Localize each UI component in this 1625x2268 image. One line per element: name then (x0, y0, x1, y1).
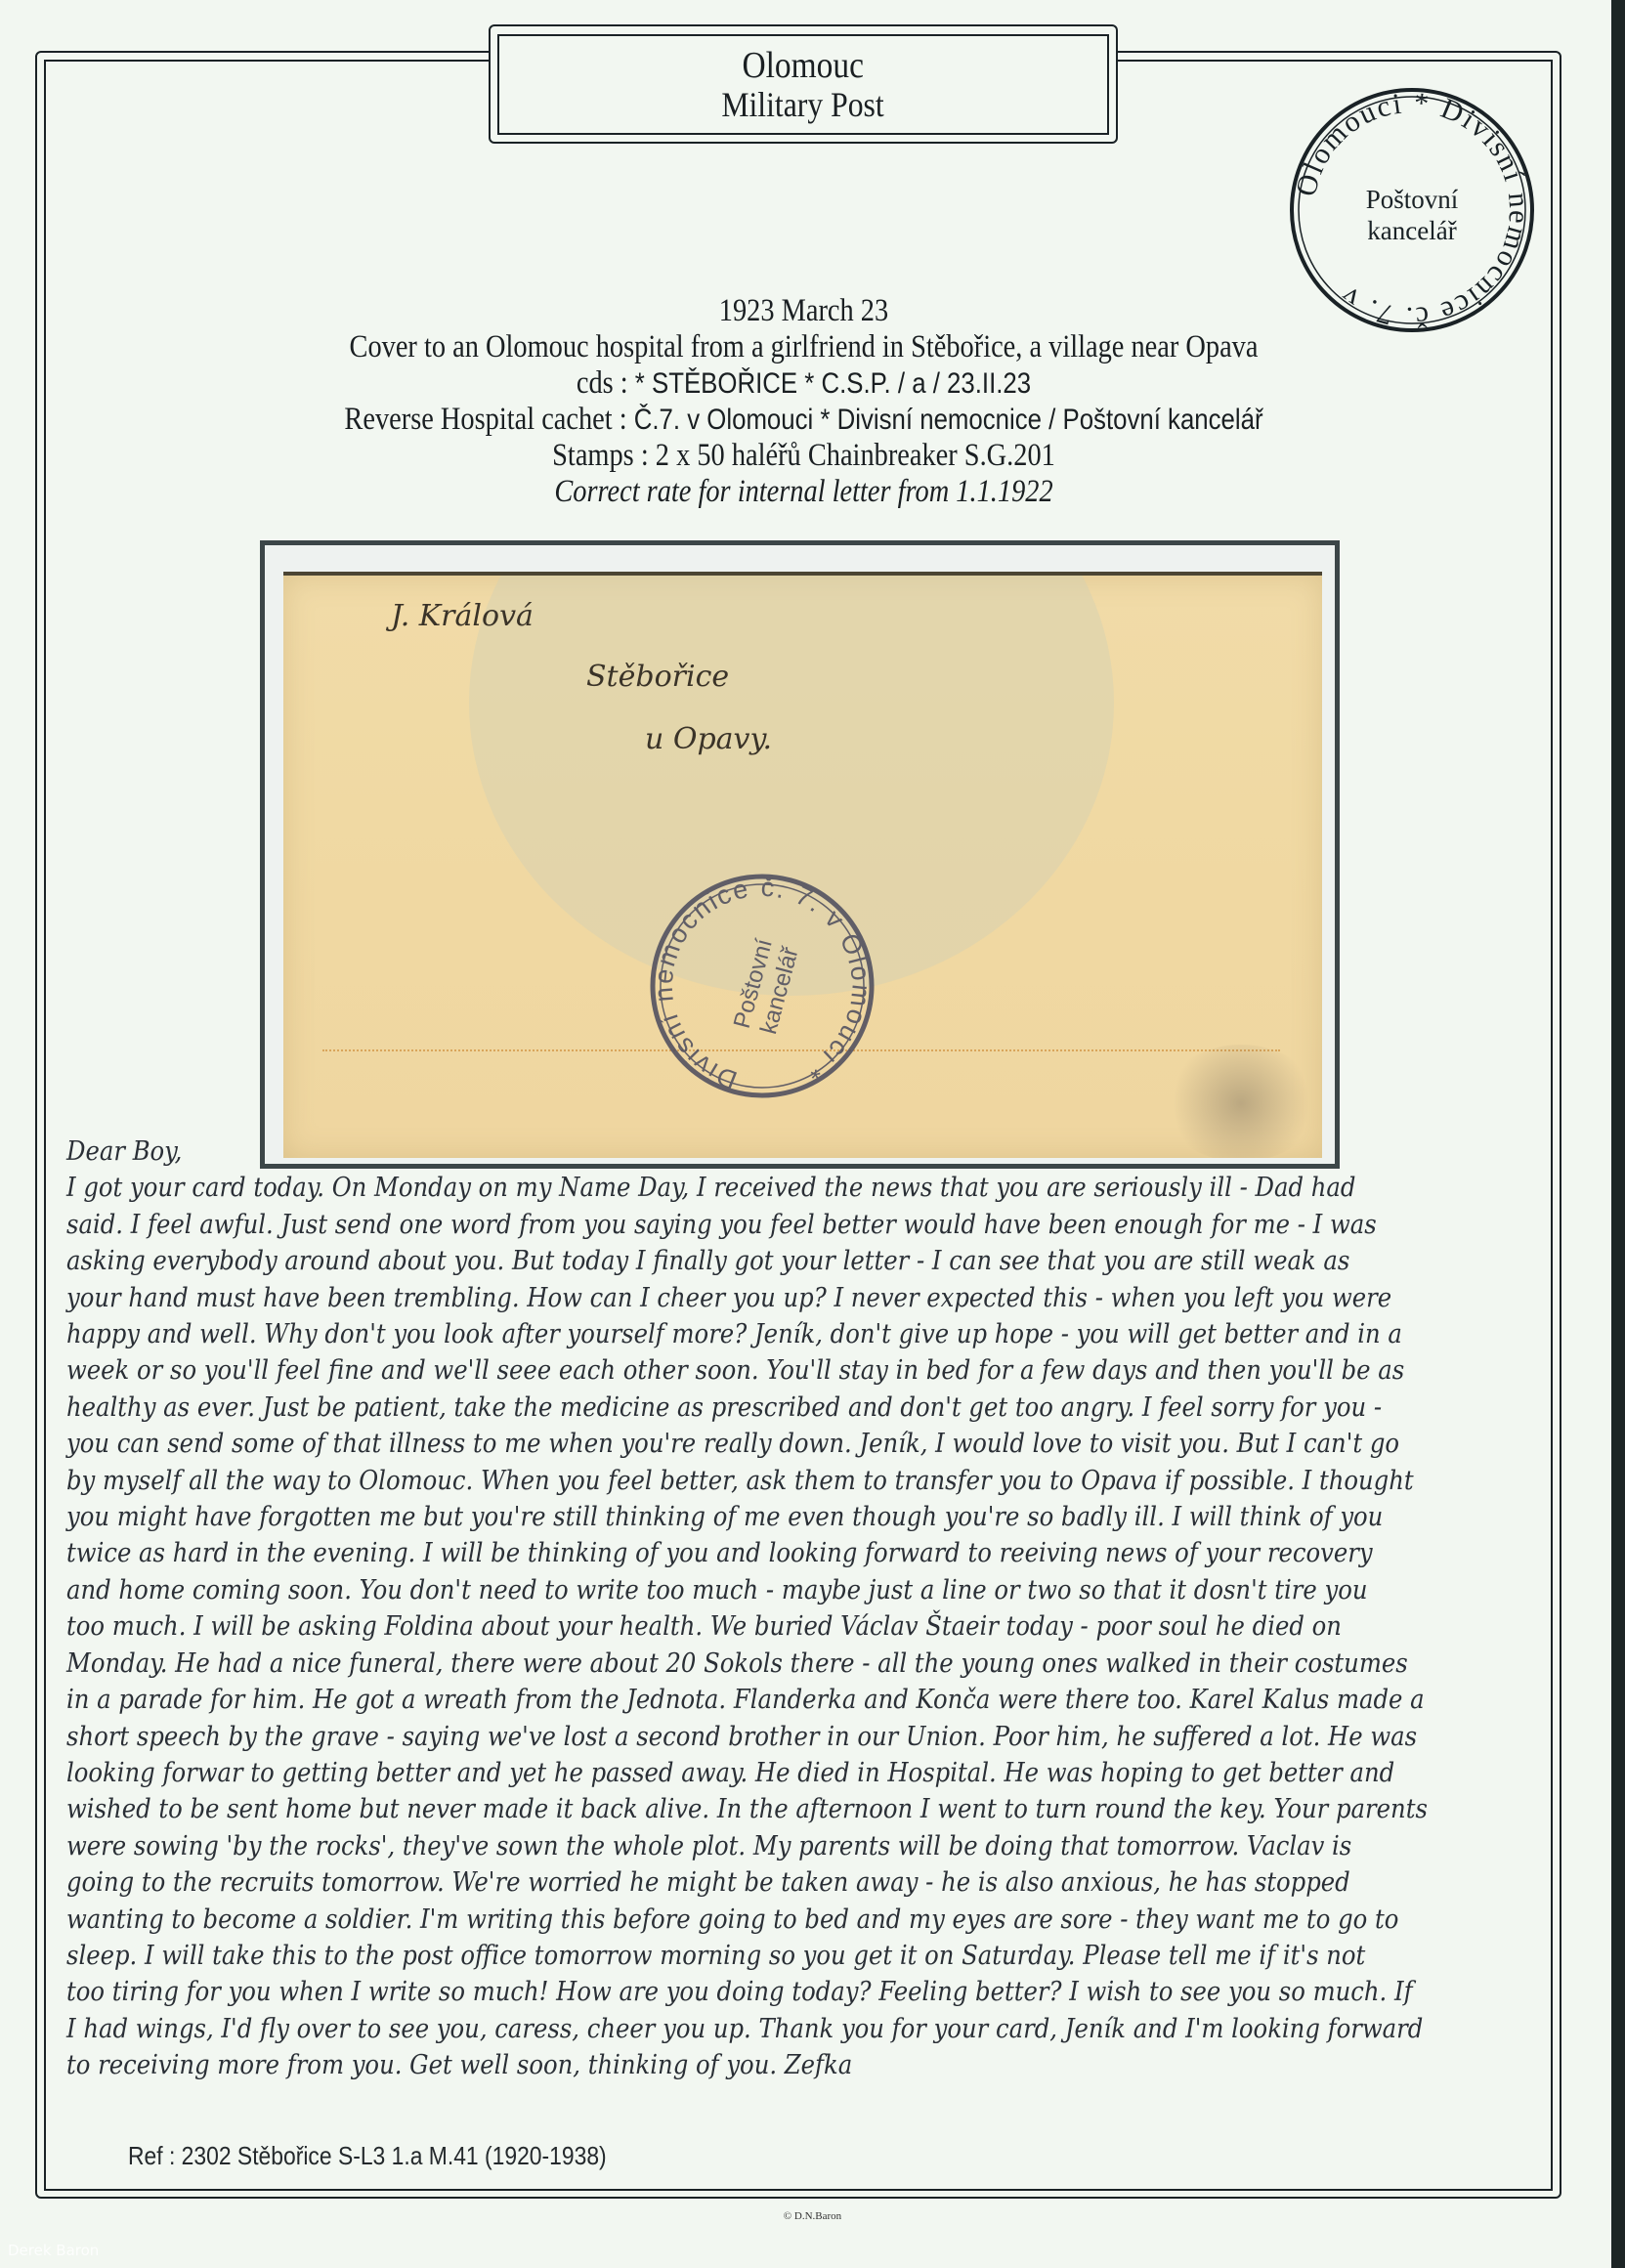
watermark: Derek Baron (8, 2242, 99, 2259)
cover-date: 1923 March 23 (163, 293, 1445, 329)
sender-district: u Opavy. (645, 722, 772, 756)
letter-line: your hand must have been trembling. How … (66, 1280, 1386, 1316)
letter-line: sleep. I will take this to the post offi… (66, 1938, 1386, 1974)
letter-line: and home coming soon. You don't need to … (66, 1572, 1386, 1608)
page-subtitle: Military Post (722, 85, 884, 124)
letter-line: said. I feel awful. Just send one word f… (66, 1207, 1386, 1243)
cachet-center-line2: kancelář (1367, 216, 1456, 245)
letter-line: were sowing 'by the rocks', they've sown… (66, 1828, 1386, 1864)
envelope-cachet-icon: Divisní nemocnice č. 7. v Olomouci * Poš… (645, 869, 879, 1103)
cover-summary: Cover to an Olomouc hospital from a girl… (163, 329, 1445, 365)
letter-line: asking everybody around about you. But t… (66, 1243, 1386, 1279)
letter-line: looking forwar to getting better and yet… (66, 1755, 1386, 1791)
letter-line: you can send some of that illness to me … (66, 1426, 1386, 1462)
letter-line: Monday. He had a nice funeral, there wer… (66, 1646, 1386, 1682)
letter-line: week or so you'll feel fine and we'll se… (66, 1352, 1386, 1389)
cds-label: cds : (577, 365, 635, 401)
letter-line: short speech by the grave - saying we've… (66, 1719, 1386, 1755)
letter-salutation: Dear Boy, (66, 1134, 1386, 1170)
letter-line: I got your card today. On Monday on my N… (66, 1170, 1386, 1206)
copyright: © D.N.Baron (0, 2210, 1625, 2222)
letter-line: twice as hard in the evening. I will be … (66, 1535, 1386, 1571)
title-box: Olomouc Military Post (497, 34, 1109, 135)
letter-line: healthy as ever. Just be patient, take t… (66, 1390, 1386, 1426)
cover-description: 1923 March 23 Cover to an Olomouc hospit… (59, 293, 1549, 510)
cachet-label: Reverse Hospital cachet : (344, 402, 633, 437)
letter-line: too tiring for you when I write so much!… (66, 1974, 1386, 2010)
letter-line: I had wings, I'd fly over to see you, ca… (66, 2011, 1386, 2047)
letter-line: by myself all the way to Olomouc. When y… (66, 1463, 1386, 1499)
sender-name: J. Králová (391, 599, 534, 633)
letter-line: to receiving more from you. Get well soo… (66, 2047, 1386, 2083)
letter-line: wished to be sent home but never made it… (66, 1791, 1386, 1827)
cachet-line: Reverse Hospital cachet : Č.7. v Olomouc… (163, 402, 1445, 438)
page-title: Olomouc (743, 46, 864, 85)
letter-transcription: Dear Boy,I got your card today. On Monda… (66, 1134, 1532, 2084)
cds-line: cds : * STĚBOŘICE * C.S.P. / a / 23.II.2… (163, 365, 1445, 402)
letter-line: in a parade for him. He got a wreath fro… (66, 1682, 1386, 1718)
sender-village: Stěbořice (586, 660, 729, 694)
letter-line: too much. I will be asking Foldina about… (66, 1608, 1386, 1645)
reference-line: Ref : 2302 Stěbořice S-L3 1.a M.41 (1920… (128, 2141, 607, 2171)
cachet-center-line1: Poštovní (1366, 185, 1459, 214)
letter-line: happy and well. Why don't you look after… (66, 1316, 1386, 1352)
envelope-image: J. Králová Stěbořice u Opavy. Divisní ne… (283, 572, 1322, 1158)
letter-line: going to the recruits tomorrow. We're wo… (66, 1864, 1386, 1901)
cds-value: * STĚBOŘICE * C.S.P. / a / 23.II.23 (635, 367, 1031, 400)
scan-edge-strip (1611, 0, 1625, 2268)
rate-note: Correct rate for internal letter from 1.… (163, 474, 1445, 510)
letter-line: you might have forgotten me but you're s… (66, 1499, 1386, 1535)
stamps-line: Stamps : 2 x 50 haléřů Chainbreaker S.G.… (163, 438, 1445, 474)
letter-line: wanting to become a soldier. I'm writing… (66, 1902, 1386, 1938)
cachet-value: Č.7. v Olomouci * Divisní nemocnice / Po… (634, 404, 1263, 436)
